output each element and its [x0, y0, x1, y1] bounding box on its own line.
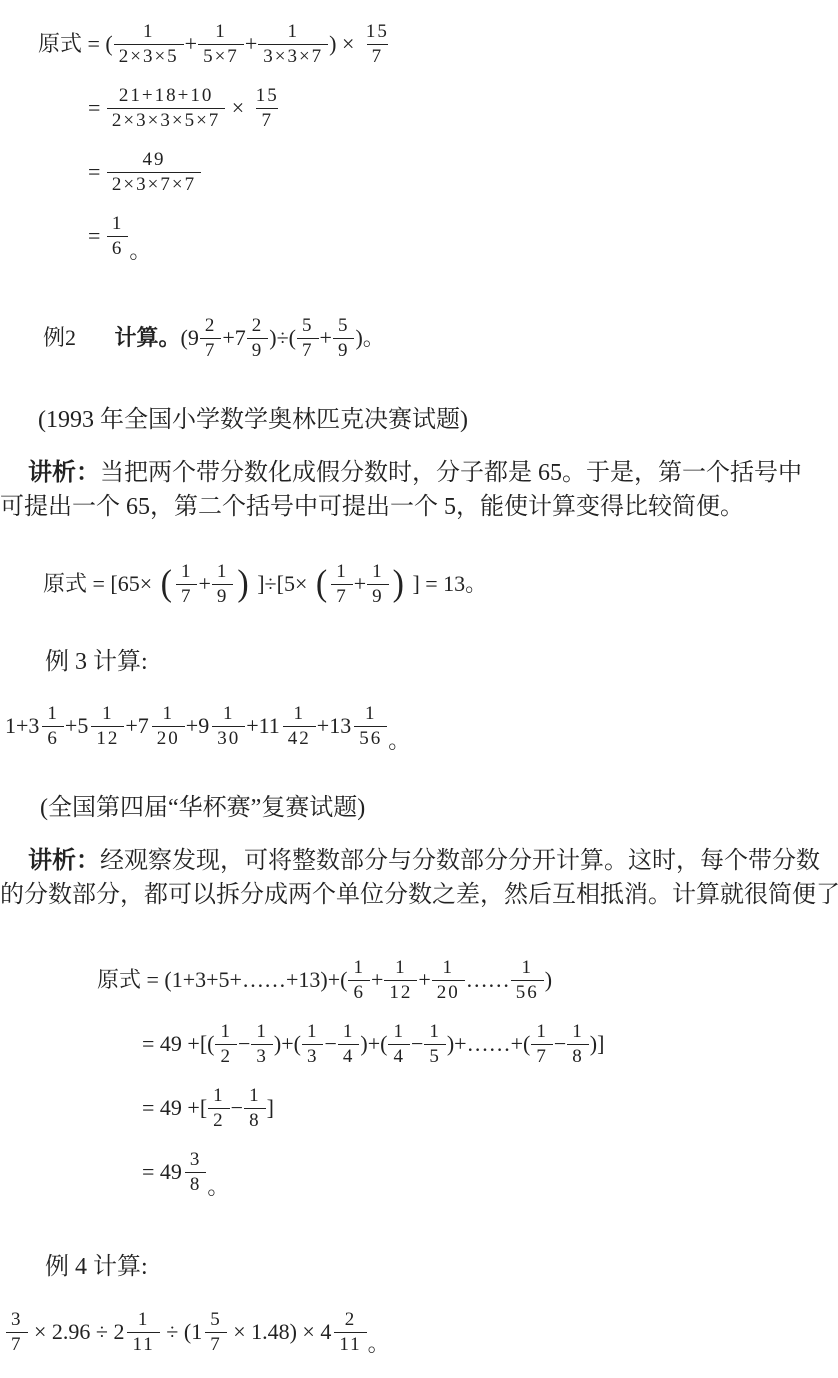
fraction: 13: [301, 1022, 325, 1067]
fraction: 156: [510, 958, 545, 1003]
fraction-numerator: 1: [388, 1022, 410, 1044]
math-text: )÷(: [269, 325, 296, 351]
fraction-numerator: 1: [438, 958, 460, 980]
fraction: 16: [107, 214, 129, 259]
fraction: 130: [212, 704, 245, 749]
math-text: 原式 = [65×: [43, 571, 158, 597]
fraction: 111: [127, 1310, 159, 1355]
fraction-numerator: 1: [251, 1022, 273, 1044]
fraction-numerator: 1: [176, 562, 198, 584]
math-text: ] = 13。: [407, 571, 487, 597]
fraction-numerator: 1: [367, 562, 389, 584]
math-text: )]: [590, 1031, 605, 1057]
fraction-numerator: 1: [302, 1022, 324, 1044]
source-note-2: (全国第四届“华杯赛”复赛试题): [40, 787, 365, 822]
fraction-numerator: 1: [338, 1022, 360, 1044]
fraction-denominator: 6: [107, 236, 129, 259]
document-page: 原式 = (12×3×5+15×7+13×3×7) × 157 = 21+18+…: [0, 0, 838, 1378]
fraction-numerator: 1: [42, 704, 64, 726]
mixed-number-whole: 3: [28, 714, 39, 738]
fraction-denominator: 56: [511, 980, 544, 1003]
formula-line-3: = 492×3×7×7: [38, 140, 395, 204]
fraction: 156: [511, 958, 544, 1003]
fraction: 12: [208, 1086, 230, 1131]
fraction-numerator: 1: [158, 704, 180, 726]
fraction: 38: [185, 1150, 207, 1195]
fraction: 142: [283, 704, 316, 749]
fraction-denominator: 3×3×7: [258, 44, 328, 67]
fraction-numerator: 1: [210, 22, 232, 44]
math-text: −: [411, 1031, 423, 1057]
math-text: )+(: [360, 1031, 387, 1057]
fraction-denominator: 9: [247, 338, 269, 361]
math-text: 原式 = (: [38, 31, 113, 57]
formula-line-2: = 49 +[(12−13)+(13−14)+(14−15)+……+(17−18…: [97, 1012, 604, 1076]
fraction-denominator: 9: [367, 584, 389, 607]
fraction-numerator: 3: [6, 1310, 28, 1332]
formula-line-2: = 21+18+102×3×3×5×7 × 157: [38, 76, 395, 140]
fraction: 17: [175, 562, 199, 607]
fraction: 157: [361, 22, 394, 67]
mixed-number-whole: 13: [329, 714, 351, 738]
fraction: 15×7: [197, 22, 245, 67]
mixed-number: 4211: [320, 1310, 367, 1355]
fraction: 16: [347, 958, 371, 1003]
mixed-number: 316: [28, 704, 65, 749]
fraction: 27: [199, 316, 223, 361]
math-text: +: [125, 713, 137, 739]
fraction-denominator: 11: [127, 1332, 159, 1355]
fraction: 21+18+102×3×3×5×7: [106, 86, 226, 131]
fraction: 16: [106, 214, 130, 259]
analysis2-text-1: 经观察发现，可将整数部分与分数部分分开计算。这时，每个带分数: [100, 848, 820, 874]
fraction: 12: [214, 1022, 238, 1067]
fraction-numerator: 1: [531, 1022, 553, 1044]
analysis2-label: 讲析：: [28, 847, 100, 874]
fraction-numerator: 1: [244, 1086, 266, 1108]
fraction-numerator: 1: [138, 22, 160, 44]
fraction-numerator: 1: [107, 214, 129, 236]
fraction-denominator: 2×3×7×7: [107, 172, 201, 195]
fraction-numerator: 21+18+10: [114, 86, 218, 108]
analysis1-label: 讲析：: [28, 459, 100, 486]
fraction-denominator: 2×3×3×5×7: [107, 108, 225, 131]
fraction: 59: [333, 316, 355, 361]
mixed-number: 7120: [138, 704, 186, 749]
fraction-denominator: 3: [302, 1044, 324, 1067]
math-text: +: [65, 713, 77, 739]
fraction-denominator: 12: [91, 726, 124, 749]
fraction: 16: [42, 704, 64, 749]
math-text: 原式 = (1+3+5+……+13)+(: [97, 967, 347, 993]
math-text: × 2.96 ÷: [29, 1319, 114, 1345]
mixed-number-whole: 4: [320, 1320, 331, 1344]
fraction-denominator: 6: [42, 726, 64, 749]
math-text: ]÷[5×: [252, 571, 313, 597]
fraction: 157: [251, 86, 284, 131]
fraction: 15: [424, 1022, 446, 1067]
math-text: × 1.48) ×: [228, 1319, 321, 1345]
fraction: 157: [250, 86, 285, 131]
fraction-denominator: 9: [212, 584, 234, 607]
mixed-number-whole: 11: [259, 714, 280, 738]
math-text: ……: [466, 967, 510, 993]
mixed-number-whole: 7: [138, 714, 149, 738]
fraction-denominator: 8: [185, 1172, 207, 1195]
fraction: 15: [423, 1022, 447, 1067]
derivation-block-1: 原式 = (12×3×5+15×7+13×3×7) × 157 = 21+18+…: [38, 12, 395, 268]
fraction-denominator: 7: [176, 584, 198, 607]
math-text: ): [545, 967, 552, 993]
fraction: 57: [205, 1310, 227, 1355]
math-text: −: [324, 1031, 336, 1057]
fraction-numerator: 2: [247, 316, 269, 338]
example4-label: 例 4 计算:: [45, 1246, 148, 1281]
fraction: 156: [354, 704, 387, 749]
fraction: 17: [531, 1022, 553, 1067]
fraction-numerator: 1: [133, 1310, 155, 1332]
fraction: 27: [200, 316, 222, 361]
big-paren: ): [237, 566, 248, 603]
fraction-denominator: 7: [200, 338, 222, 361]
math-text: )。: [355, 325, 384, 351]
fraction: 18: [244, 1086, 266, 1131]
fraction-numerator: 2: [340, 1310, 362, 1332]
fraction-numerator: 1: [212, 562, 234, 584]
fraction: 18: [566, 1022, 590, 1067]
fraction: 14: [387, 1022, 411, 1067]
analysis-paragraph-2: 讲析：经观察发现，可将整数部分与分数部分分开计算。这时，每个带分数 的分数部分，…: [0, 843, 838, 913]
fraction: 17: [331, 562, 353, 607]
fraction-denominator: 11: [334, 1332, 366, 1355]
analysis2-line-1: 讲析：经观察发现，可将整数部分与分数部分分开计算。这时，每个带分数: [0, 843, 838, 878]
fraction: 14: [388, 1022, 410, 1067]
math-text: (9: [181, 325, 199, 351]
fraction: 14: [337, 1022, 361, 1067]
fraction: 18: [567, 1022, 589, 1067]
fraction: 13: [251, 1022, 273, 1067]
fraction-denominator: 7: [256, 108, 278, 131]
math-text: +: [198, 571, 210, 597]
example2-problem: 例2 计算。(927+729)÷(57+59)。: [43, 310, 385, 367]
math-text: 。: [368, 1331, 390, 1361]
fraction: 492×3×7×7: [107, 150, 201, 195]
analysis1-text-2: 可提出一个 65，第二个括号中可提出一个 5，能使计算变得比较简便。: [0, 490, 838, 525]
fraction-numerator: 1: [215, 1022, 237, 1044]
analysis2-text-2: 的分数部分，都可以拆分成两个单位分数之差，然后互相抵消。计算就很简便了: [0, 878, 838, 913]
fraction-denominator: 7: [205, 1332, 227, 1355]
fraction: 17: [530, 1022, 554, 1067]
formula-line-1: 原式 = (1+3+5+……+13)+(16+112+120……156): [97, 948, 604, 1012]
fraction-numerator: 1: [331, 562, 353, 584]
fraction-numerator: 1: [282, 22, 304, 44]
fraction: 120: [432, 958, 465, 1003]
mixed-number: 4938: [160, 1150, 208, 1195]
fraction-denominator: 20: [432, 980, 465, 1003]
fraction-denominator: 9: [333, 338, 355, 361]
math-text: 计算。: [115, 325, 181, 351]
math-text: =: [88, 95, 106, 121]
fraction-denominator: 5×7: [198, 44, 244, 67]
fraction-numerator: 1: [348, 958, 370, 980]
fraction-denominator: 7: [367, 44, 389, 67]
mixed-number-whole: 1: [191, 1320, 202, 1344]
math-text: +7: [222, 325, 245, 351]
fraction: 19: [212, 562, 234, 607]
math-text: 。: [388, 728, 410, 758]
source-note-1: (1993 年全国小学数学奥林匹克决赛试题): [38, 399, 468, 434]
fraction: 157: [360, 22, 395, 67]
example4-problem: 37 × 2.96 ÷ 2111 ÷ (157 × 1.48) × 4211。: [5, 1303, 390, 1361]
fraction: 13: [302, 1022, 324, 1067]
example3-problem: 1+316+5112+7120+9130+11142+13156。: [5, 694, 410, 758]
fraction-denominator: 56: [354, 726, 387, 749]
fraction-denominator: 7: [297, 338, 319, 361]
fraction: 120: [152, 704, 185, 749]
fraction: 13: [250, 1022, 274, 1067]
math-text: +: [185, 31, 197, 57]
fraction-numerator: 1: [424, 1022, 446, 1044]
math-text: )+……+(: [447, 1031, 530, 1057]
fraction: 15×7: [198, 22, 244, 67]
fraction-denominator: 30: [212, 726, 245, 749]
fraction: 37: [5, 1310, 29, 1355]
fraction-denominator: 2: [215, 1044, 237, 1067]
fraction-numerator: 1: [390, 958, 412, 980]
math-text: =: [88, 159, 106, 185]
math-text: =: [88, 223, 106, 249]
fraction-numerator: 1: [289, 704, 311, 726]
big-paren: ): [393, 566, 404, 603]
math-text: +: [186, 713, 198, 739]
math-text: +: [354, 571, 366, 597]
fraction: 112: [91, 704, 124, 749]
fraction-denominator: 12: [384, 980, 417, 1003]
mixed-number-whole: 5: [77, 714, 88, 738]
fraction-denominator: 6: [348, 980, 370, 1003]
analysis-paragraph-1: 讲析：当把两个带分数化成假分数时，分子都是 65。于是，第一个括号中 可提出一个…: [0, 455, 838, 525]
formula-line-1: 原式 = (12×3×5+15×7+13×3×7) × 157: [38, 12, 395, 76]
fraction: 57: [297, 316, 319, 361]
math-text: ÷ (: [161, 1319, 191, 1345]
math-text: 。: [129, 238, 151, 268]
fraction: 37: [6, 1310, 28, 1355]
fraction-denominator: 2: [208, 1108, 230, 1131]
fraction-denominator: 2×3×5: [114, 44, 184, 67]
fraction-denominator: 7: [531, 1044, 553, 1067]
fraction-numerator: 5: [205, 1310, 227, 1332]
math-text: +: [317, 713, 329, 739]
mixed-number: 9130: [198, 704, 246, 749]
fraction-numerator: 1: [517, 958, 539, 980]
fraction: 17: [176, 562, 198, 607]
mixed-number-whole: 49: [160, 1160, 182, 1184]
formula-line-4: = 16。: [38, 204, 395, 268]
math-text: +: [246, 713, 258, 739]
analysis1-line-1: 讲析：当把两个带分数化成假分数时，分子都是 65。于是，第一个括号中: [0, 455, 838, 490]
fraction-numerator: 1: [360, 704, 382, 726]
math-text: −: [238, 1031, 250, 1057]
math-text: =: [142, 1159, 160, 1185]
mixed-number: 2111: [113, 1310, 160, 1355]
fraction-denominator: 5: [424, 1044, 446, 1067]
example3-label: 例 3 计算:: [45, 641, 148, 676]
math-text: ) ×: [329, 31, 360, 57]
math-text: +: [245, 31, 257, 57]
fraction: 12×3×5: [113, 22, 185, 67]
fraction-denominator: 4: [338, 1044, 360, 1067]
fraction: 16: [348, 958, 370, 1003]
fraction: 211: [334, 1310, 366, 1355]
fraction: 14: [338, 1022, 360, 1067]
math-text: −: [231, 1095, 243, 1121]
fraction-numerator: 5: [333, 316, 355, 338]
fraction-denominator: 7: [331, 584, 353, 607]
fraction-numerator: 1: [97, 704, 119, 726]
math-text: = 49 +[(: [142, 1031, 214, 1057]
mixed-number-whole: 2: [113, 1320, 124, 1344]
math-text: 。: [207, 1174, 229, 1204]
fraction-denominator: 8: [567, 1044, 589, 1067]
fraction: 13×3×7: [258, 22, 328, 67]
fraction-denominator: 20: [152, 726, 185, 749]
derivation-block-2: 原式 = (1+3+5+……+13)+(16+112+120……156) = 4…: [97, 948, 604, 1204]
fraction-denominator: 7: [6, 1332, 28, 1355]
fraction: 59: [332, 316, 356, 361]
fraction: 18: [243, 1086, 267, 1131]
fraction-denominator: 4: [388, 1044, 410, 1067]
fraction: 12×3×5: [114, 22, 184, 67]
fraction-numerator: 49: [138, 150, 171, 172]
math-text: +: [418, 967, 430, 993]
formula-line-4: = 4938。: [97, 1140, 604, 1204]
fraction: 19: [211, 562, 235, 607]
fraction: 120: [431, 958, 466, 1003]
fraction: 12: [215, 1022, 237, 1067]
fraction: 492×3×7×7: [106, 150, 202, 195]
fraction-numerator: 15: [251, 86, 284, 108]
fraction: 19: [367, 562, 389, 607]
fraction-numerator: 5: [297, 316, 319, 338]
mixed-number: 11142: [259, 704, 317, 749]
analysis1-text-1: 当把两个带分数化成假分数时，分子都是 65。于是，第一个括号中: [100, 460, 802, 486]
formula-65-line: 原式 = [65× (17+19) ]÷[5× (17+19) ] = 13。: [43, 554, 487, 614]
fraction-numerator: 2: [200, 316, 222, 338]
fraction: 19: [366, 562, 390, 607]
fraction-numerator: 1: [208, 1086, 230, 1108]
formula-line-3: = 49 +[12−18]: [97, 1076, 604, 1140]
mixed-number: 13156: [329, 704, 388, 749]
fraction-numerator: 3: [185, 1150, 207, 1172]
big-paren: (: [316, 566, 327, 603]
mixed-number: 5112: [77, 704, 125, 749]
fraction-denominator: 3: [251, 1044, 273, 1067]
math-text: +: [320, 325, 332, 351]
fraction-numerator: 15: [361, 22, 394, 44]
fraction-numerator: 1: [218, 704, 240, 726]
fraction: 112: [384, 958, 417, 1003]
math-text: ×: [226, 95, 249, 121]
fraction: 13×3×7: [257, 22, 329, 67]
big-paren: (: [161, 566, 172, 603]
math-text: ]: [267, 1095, 274, 1121]
fraction-denominator: 42: [283, 726, 316, 749]
fraction: 21+18+102×3×3×5×7: [107, 86, 225, 131]
math-text: )+(: [274, 1031, 301, 1057]
mixed-number: 157: [191, 1310, 228, 1355]
fraction-denominator: 8: [244, 1108, 266, 1131]
math-text: +: [371, 967, 383, 993]
fraction: 12: [207, 1086, 231, 1131]
fraction: 29: [246, 316, 270, 361]
math-text: −: [554, 1031, 566, 1057]
fraction: 17: [330, 562, 354, 607]
fraction: 112: [383, 958, 418, 1003]
fraction-numerator: 1: [567, 1022, 589, 1044]
math-text: 1+: [5, 713, 28, 739]
math-text: = 49 +[: [142, 1095, 207, 1121]
fraction: 29: [247, 316, 269, 361]
math-text: 例2: [43, 325, 115, 351]
mixed-number-whole: 9: [198, 714, 209, 738]
fraction: 57: [296, 316, 320, 361]
